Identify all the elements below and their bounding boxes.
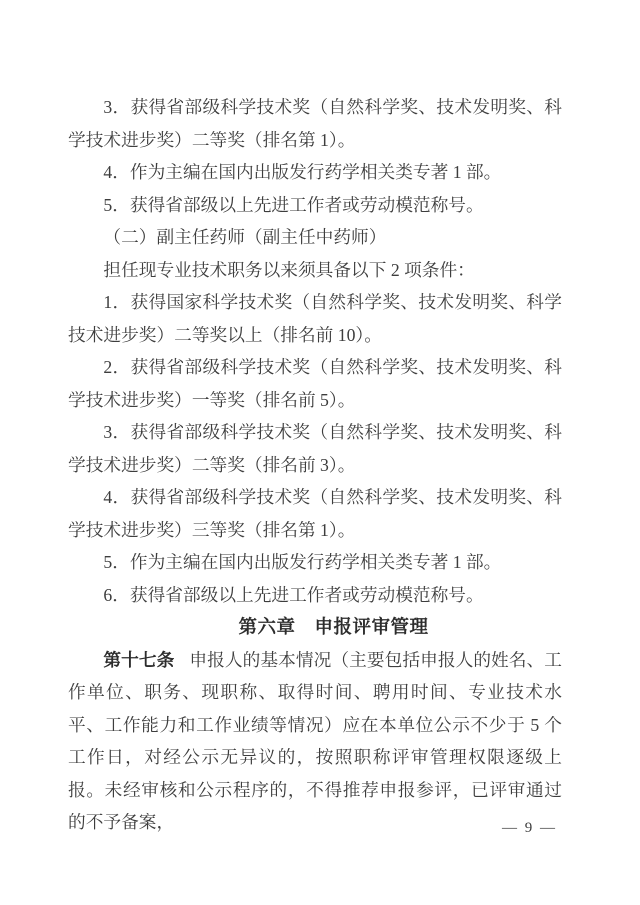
chapter-heading: 第六章 申报评审管理 bbox=[68, 611, 562, 644]
document-body: 3．获得省部级科学技术奖（自然科学奖、技术发明奖、科学技术进步奖）二等奖（排名第… bbox=[68, 91, 562, 839]
list-item-paragraph: 6．获得省部级以上先进工作者或劳动模范称号。 bbox=[68, 579, 562, 612]
list-item-paragraph: 2．获得省部级科学技术奖（自然科学奖、技术发明奖、科学技术进步奖）一等奖（排名前… bbox=[68, 351, 562, 416]
list-item-paragraph: 3．获得省部级科学技术奖（自然科学奖、技术发明奖、科学技术进步奖）二等奖（排名前… bbox=[68, 416, 562, 481]
article-number: 第十七条 bbox=[103, 650, 174, 670]
list-item-paragraph: 4．获得省部级科学技术奖（自然科学奖、技术发明奖、科学技术进步奖）三等奖（排名第… bbox=[68, 481, 562, 546]
article-paragraph: 第十七条申报人的基本情况（主要包括申报人的姓名、工作单位、职务、现职称、取得时间… bbox=[68, 644, 562, 839]
list-item-paragraph: 3．获得省部级科学技术奖（自然科学奖、技术发明奖、科学技术进步奖）二等奖（排名第… bbox=[68, 91, 562, 156]
page-number: — 9 — bbox=[502, 818, 557, 838]
article-text: 申报人的基本情况（主要包括申报人的姓名、工作单位、职务、现职称、取得时间、聘用时… bbox=[68, 650, 562, 833]
list-item-paragraph: 1．获得国家科学技术奖（自然科学奖、技术发明奖、科学技术进步奖）二等奖以上（排名… bbox=[68, 286, 562, 351]
body-paragraph: 担任现专业技术职务以来须具备以下 2 项条件： bbox=[68, 254, 562, 287]
section-label-paragraph: （二）副主任药师（副主任中药师） bbox=[68, 221, 562, 254]
document-page: 3．获得省部级科学技术奖（自然科学奖、技术发明奖、科学技术进步奖）二等奖（排名第… bbox=[0, 0, 640, 905]
list-item-paragraph: 5．作为主编在国内出版发行药学相关类专著 1 部。 bbox=[68, 546, 562, 579]
list-item-paragraph: 5．获得省部级以上先进工作者或劳动模范称号。 bbox=[68, 189, 562, 222]
list-item-paragraph: 4．作为主编在国内出版发行药学相关类专著 1 部。 bbox=[68, 156, 562, 189]
